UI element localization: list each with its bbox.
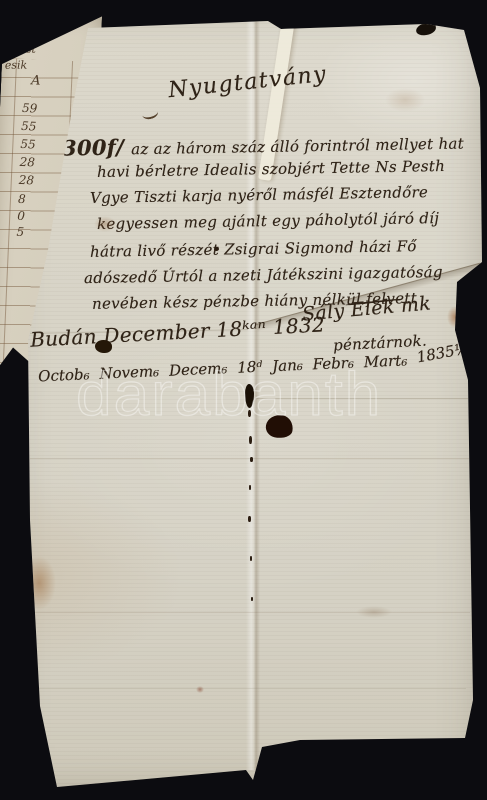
ledger-note: ból f — [6, 27, 31, 40]
fold-ink-dot — [250, 457, 253, 462]
ledger-note: esik — [5, 59, 27, 72]
ledger-value: 8 — [18, 192, 26, 206]
document-sheet: Nyugtatvány 300f/az az három száz álló f… — [0, 0, 487, 800]
fold-ink-dot — [251, 597, 253, 601]
fold-ink-dot — [249, 436, 252, 444]
ledger-value: 55 — [20, 137, 36, 152]
pen-mark — [7, 615, 26, 629]
paper-stain — [196, 686, 204, 693]
ink-smudge — [447, 306, 463, 328]
fold-ink-dot — [249, 485, 251, 490]
crease-line — [36, 688, 466, 689]
month-token: Jan₆ — [272, 356, 303, 375]
crease-line — [32, 612, 470, 613]
month-token: Octob₆ — [38, 365, 90, 385]
month-token: Febr₆ — [312, 354, 354, 374]
paper-stain — [385, 88, 425, 112]
photo-frame: ból f ly list esik A 59 55 55 28 28 8 0 … — [0, 0, 487, 800]
fold-ink-dot — [250, 556, 252, 561]
ink-blot — [95, 340, 112, 353]
amount-figure: 300f/ — [62, 134, 124, 160]
ledger-value: 28 — [19, 155, 35, 170]
month-token: 18ᵈ — [237, 358, 263, 377]
ink-dot — [214, 247, 219, 251]
paper-stain — [22, 556, 56, 610]
crease-line — [255, 398, 473, 399]
month-token: Novem₆ — [99, 362, 159, 383]
month-token: Decem₆ — [169, 359, 228, 380]
fold-ink-dot — [248, 516, 251, 522]
ledger-value: 5 — [16, 225, 24, 239]
ledger-note: ly list — [5, 43, 35, 56]
ledger-column-header: A — [31, 73, 41, 88]
ledger-value: 59 — [22, 101, 38, 116]
ledger-value: 28 — [19, 173, 35, 188]
ledger-value: 55 — [21, 119, 37, 134]
paper-stain — [356, 606, 392, 618]
ledger-value: 0 — [17, 209, 25, 223]
paper-stain — [94, 216, 116, 232]
fold-ink-dot — [248, 410, 251, 417]
month-token: Mart₆ — [363, 351, 407, 371]
